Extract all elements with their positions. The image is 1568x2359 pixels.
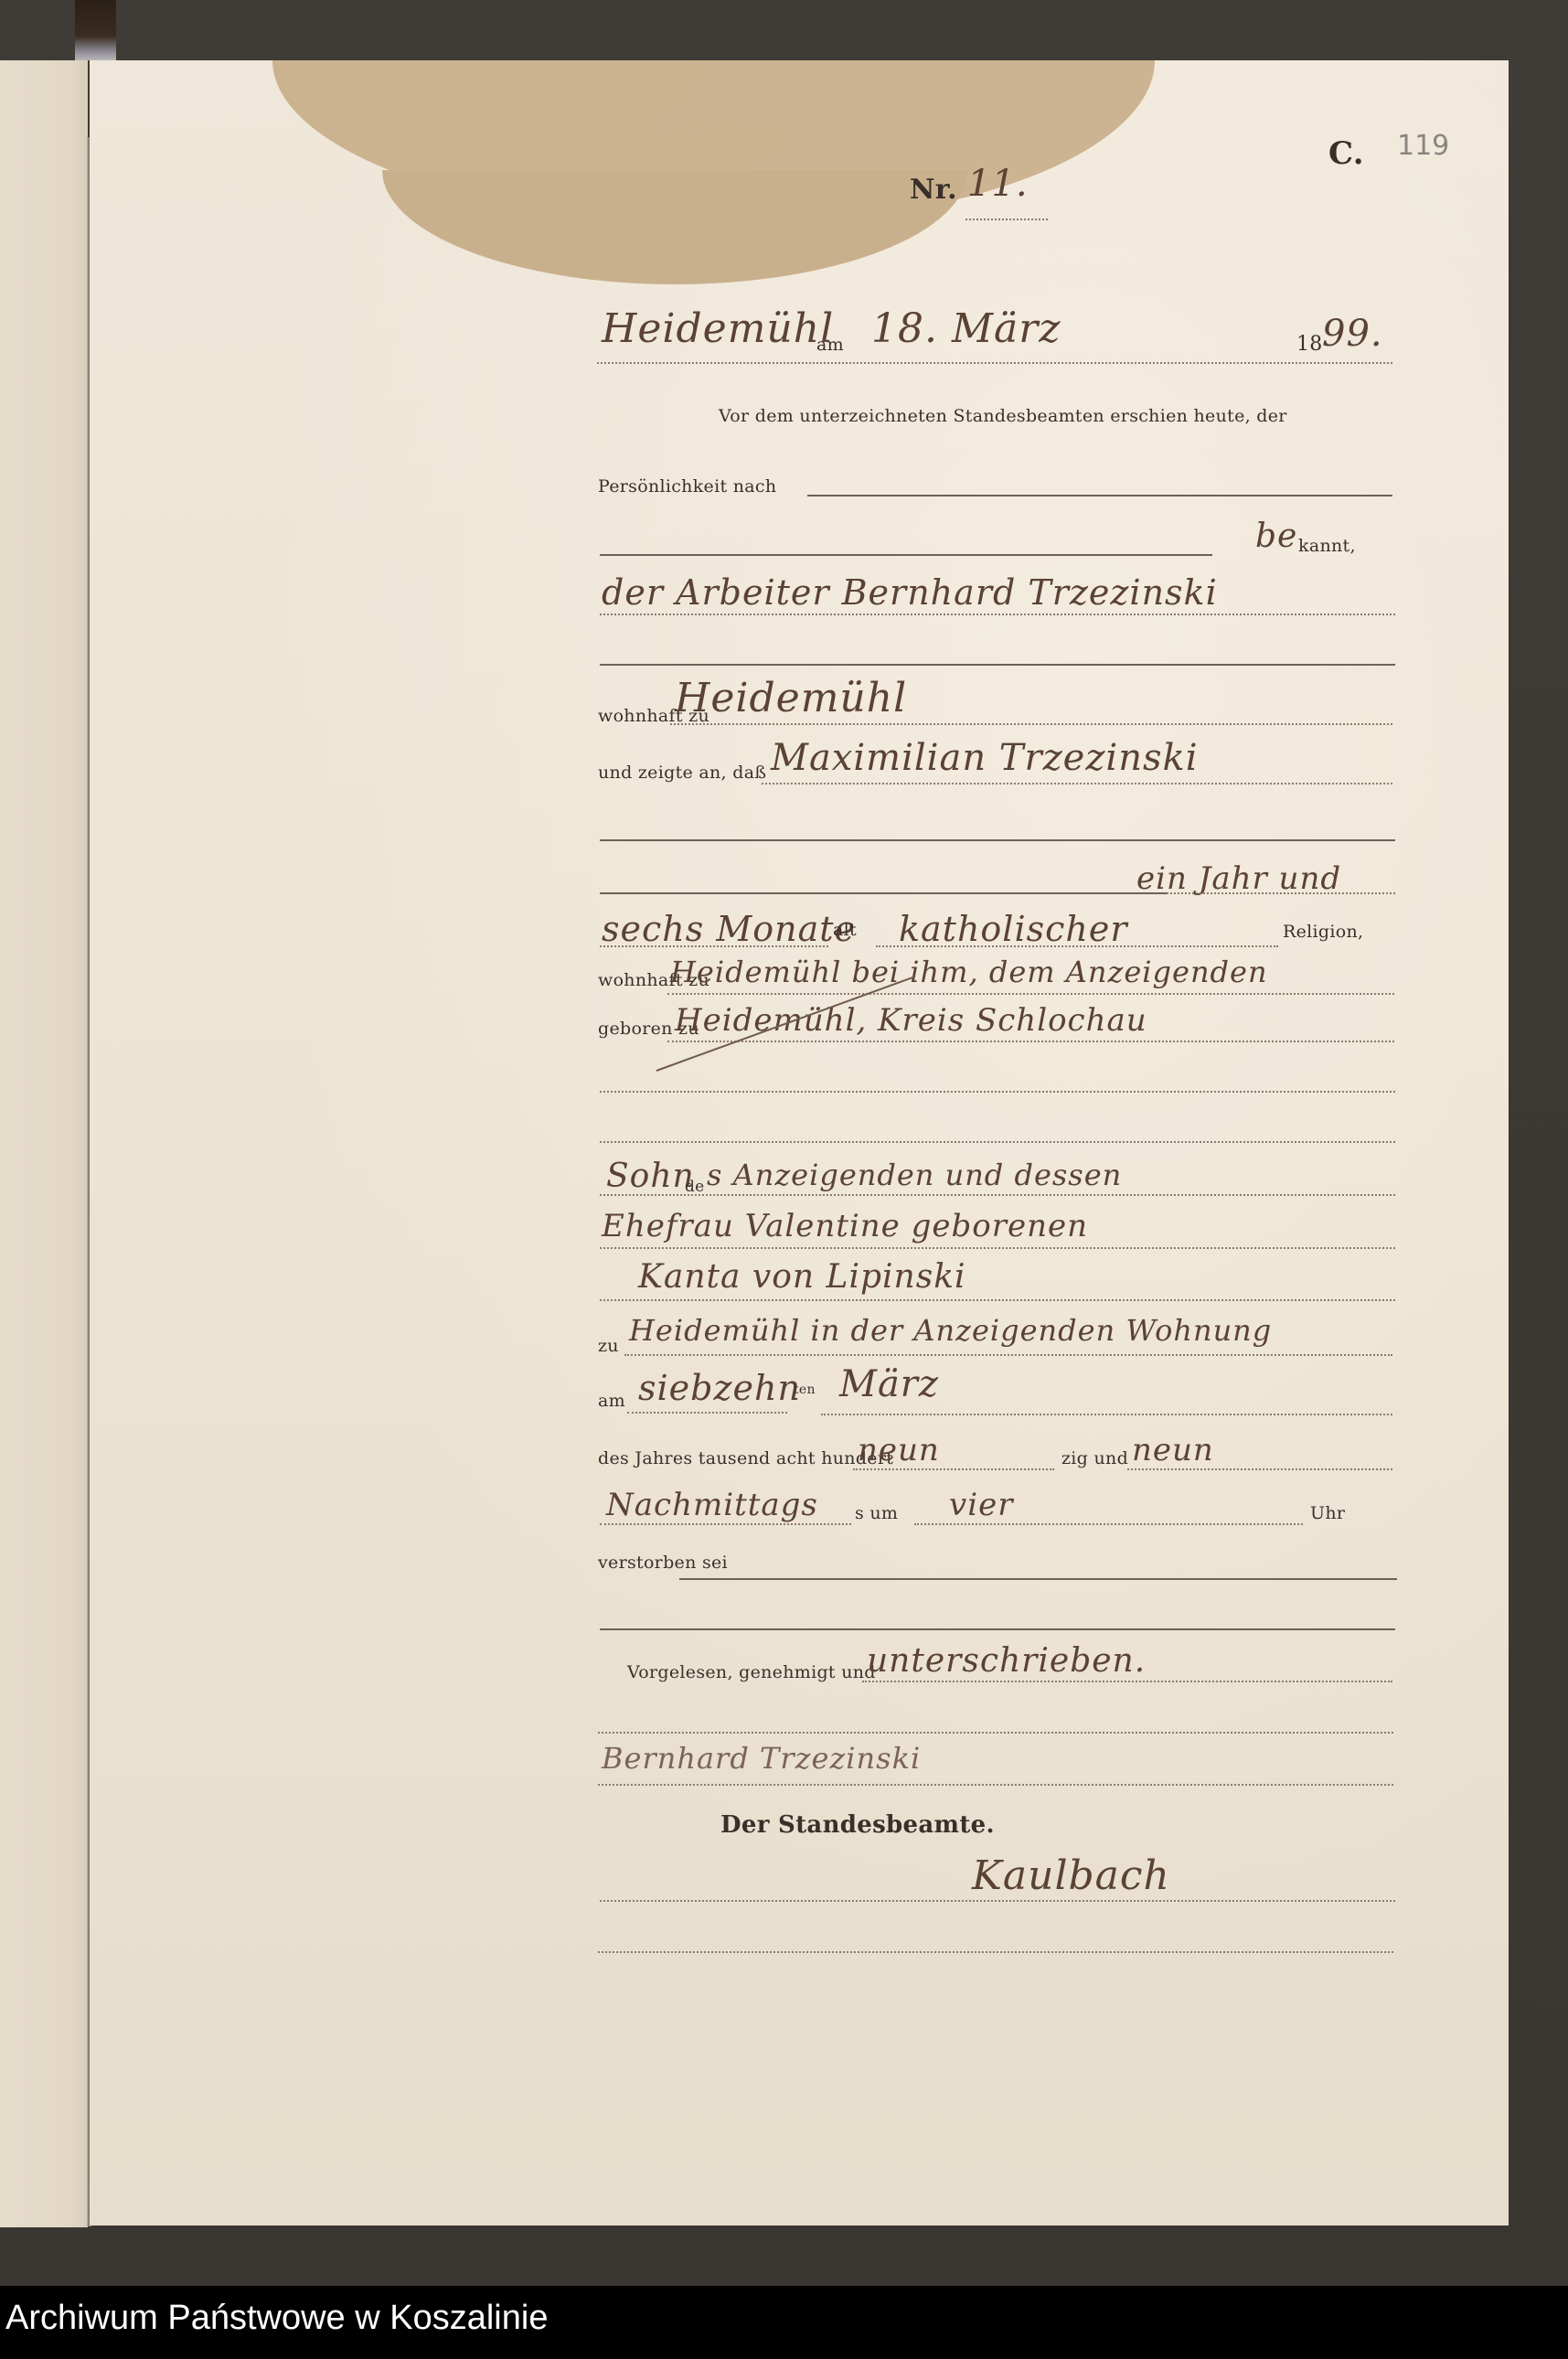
born-line	[667, 1041, 1394, 1042]
identity-line	[807, 495, 1392, 496]
year-handwritten: 99.	[1322, 313, 1383, 355]
death-month-handwritten: März	[839, 1363, 939, 1405]
informant-signature: Bernhard Trzezinski	[602, 1741, 921, 1776]
date-line	[597, 362, 1392, 364]
age-line2: sechs Monate	[602, 909, 856, 949]
deceased-name-line	[762, 783, 1392, 785]
born-handwritten: Heidemühl, Kreis Schlochau	[675, 1002, 1147, 1039]
date-prefix: am	[816, 335, 844, 355]
archive-footer: Archiwum Państwowe w Koszalinie	[0, 2286, 1568, 2359]
known-handwritten: be	[1255, 518, 1297, 555]
parent-line2: Ehefrau Valentine geborenen	[602, 1208, 1088, 1244]
year-printed: 18	[1296, 333, 1323, 356]
book-spine	[75, 0, 116, 60]
blank-line-4	[600, 1141, 1395, 1143]
informant-signature-line-top	[598, 1732, 1393, 1734]
place-handwritten: Heidemühl	[602, 305, 834, 352]
read-handwritten: unterschrieben.	[867, 1642, 1146, 1680]
known-line	[600, 554, 1212, 556]
archive-page-number: 119	[1397, 130, 1449, 162]
registrar-label: Der Standesbeamte.	[720, 1811, 995, 1839]
informant-line	[600, 614, 1395, 615]
death-place-line	[624, 1354, 1392, 1356]
parent-line-2	[600, 1247, 1395, 1249]
parent-handwritten-b: s Anzeigenden und dessen	[707, 1158, 1122, 1192]
deceased-residence-handwritten: Heidemühl bei ihm, dem Anzeigenden	[670, 955, 1268, 989]
death-place-handwritten: Heidemühl in der Anzeigenden Wohnung	[629, 1313, 1272, 1348]
year-units-handwritten: neun	[1132, 1432, 1214, 1468]
religion-handwritten: katholischer	[899, 909, 1128, 949]
blank-line-3	[600, 1091, 1395, 1093]
blank-line-6	[598, 1951, 1393, 1953]
hour-line	[914, 1523, 1303, 1525]
age-line-2	[600, 945, 828, 947]
age-line-1	[600, 892, 1167, 894]
death-day-line	[627, 1412, 787, 1414]
death-day-suffix: ten	[794, 1382, 816, 1397]
registrar-signature-line	[600, 1900, 1395, 1902]
time-of-day-handwritten: Nachmittags	[606, 1487, 818, 1523]
death-day-handwritten: siebzehn	[638, 1368, 801, 1408]
archive-name: Archiwum Państwowe w Koszalinie	[5, 2299, 548, 2338]
blank-line-5	[600, 1628, 1395, 1630]
religion-label: Religion,	[1283, 922, 1363, 942]
time-label: s um	[855, 1503, 898, 1523]
age-line1: ein Jahr und	[1136, 860, 1341, 897]
parent-printed: de	[685, 1178, 705, 1196]
year-label: des Jahres tausend acht hundert	[598, 1448, 893, 1468]
residence-handwritten: Heidemühl	[675, 675, 907, 721]
time-of-day-line	[600, 1523, 851, 1525]
death-month-line	[821, 1414, 1392, 1415]
parent-line3: Kanta von Lipinski	[638, 1258, 966, 1296]
age-label: alt	[833, 920, 857, 940]
death-place-label: zu	[598, 1336, 619, 1356]
parent-line-3	[600, 1299, 1395, 1301]
hour-handwritten: vier	[949, 1487, 1013, 1523]
number-label: Nr.	[910, 174, 957, 206]
known-printed: kannt,	[1298, 536, 1356, 556]
age-line-1b	[1167, 892, 1395, 894]
parent-handwritten-a: Sohn	[606, 1158, 695, 1195]
read-line	[862, 1681, 1392, 1682]
religion-line	[876, 945, 1278, 947]
blank-line-2	[600, 839, 1395, 841]
read-label: Vorgelesen, genehmigt und	[627, 1662, 876, 1682]
residence-line	[670, 723, 1392, 725]
deceased-residence-line	[667, 993, 1394, 995]
blank-line-1	[600, 664, 1395, 666]
year-units-line	[1127, 1468, 1392, 1470]
registrar-signature: Kaulbach	[972, 1852, 1170, 1899]
parent-line-1	[600, 1194, 1395, 1196]
number-value: 11.	[967, 163, 1029, 205]
death-day-label: am	[598, 1391, 625, 1411]
intro-text: Vor dem unterzeichneten Standesbeamten e…	[719, 406, 1287, 426]
left-page-edge	[0, 60, 88, 2227]
deceased-label: verstorben sei	[598, 1553, 728, 1573]
register-page: C. 119 Nr. 11. Heidemühl am 18. März 18 …	[90, 60, 1509, 2226]
deceased-line	[679, 1578, 1397, 1580]
identity-label: Persönlichkeit nach	[598, 476, 776, 496]
reported-label: und zeigte an, daß	[598, 763, 766, 783]
water-stain-lower	[382, 170, 967, 284]
form-letter: C.	[1328, 135, 1364, 172]
year-tens-line	[853, 1468, 1054, 1470]
date-handwritten: 18. März	[871, 305, 1061, 352]
year-mid-label: zig und	[1061, 1448, 1128, 1468]
informant-signature-line	[598, 1784, 1393, 1786]
hour-label: Uhr	[1310, 1503, 1345, 1523]
informant-handwritten: der Arbeiter Bernhard Trzezinski	[602, 572, 1218, 613]
number-line	[965, 219, 1048, 220]
year-tens-handwritten: neun	[858, 1432, 940, 1468]
deceased-name: Maximilian Trzezinski	[771, 737, 1199, 779]
